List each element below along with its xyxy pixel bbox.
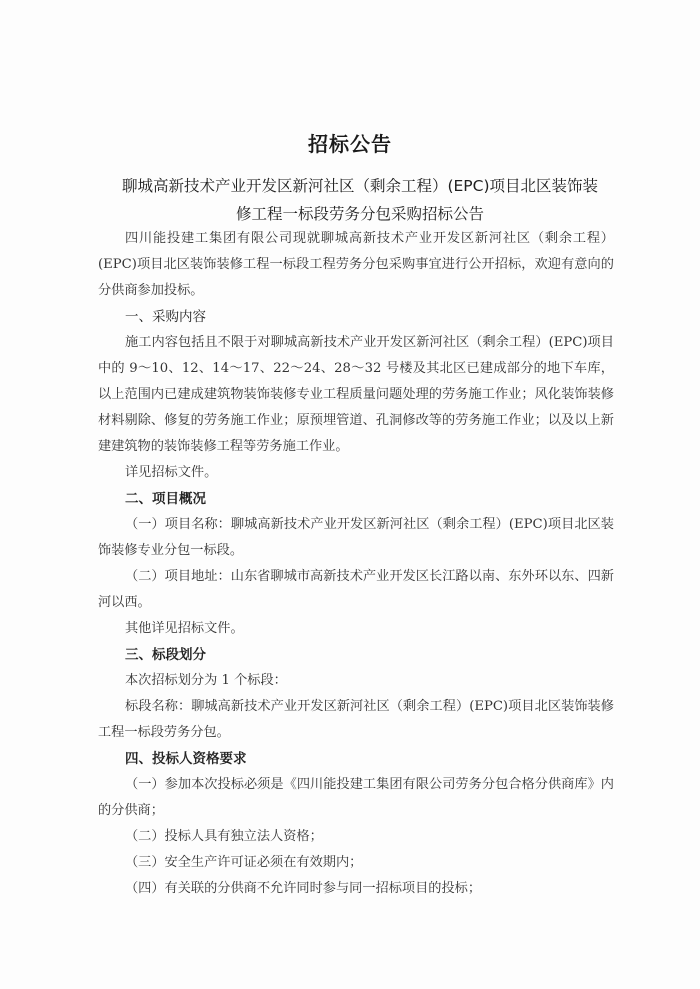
section-heading: 三、标段划分 <box>98 642 614 668</box>
section-project-overview: 二、项目概况 （一）项目名称：聊城高新技术产业开发区新河社区（剩余工程）(EPC… <box>98 486 614 642</box>
section-paragraph: 本次招标划分为 1 个标段： <box>98 668 614 694</box>
section-paragraph: 详见招标文件。 <box>98 460 614 486</box>
section-heading: 四、投标人资格要求 <box>98 746 614 772</box>
section-lot-division: 三、标段划分 本次招标划分为 1 个标段： 标段名称：聊城高新技术产业开发区新河… <box>98 642 614 746</box>
section-paragraph: （一）项目名称：聊城高新技术产业开发区新河社区（剩余工程）(EPC)项目北区装饰… <box>98 512 614 564</box>
section-paragraph: 施工内容包括且不限于对聊城高新技术产业开发区新河社区（剩余工程）(EPC)项目中… <box>98 330 614 460</box>
section-paragraph: （四）有关联的分供商不允许同时参与同一招标项目的投标； <box>98 876 614 902</box>
section-procurement-content: 一、采购内容 施工内容包括且不限于对聊城高新技术产业开发区新河社区（剩余工程）(… <box>98 304 614 486</box>
section-paragraph: （二）项目地址：山东省聊城市高新技术产业开发区长江路以南、东外环以东、四新河以西… <box>98 564 614 616</box>
section-bidder-qualifications: 四、投标人资格要求 （一）参加本次投标必须是《四川能投建工集团有限公司劳务分包合… <box>98 746 614 902</box>
section-heading: 一、采购内容 <box>98 304 614 330</box>
section-paragraph: （二）投标人具有独立法人资格； <box>98 824 614 850</box>
section-paragraph: （一）参加本次投标必须是《四川能投建工集团有限公司劳务分包合格分供商库》内的分供… <box>98 772 614 824</box>
document-subtitle-line-1: 聊城高新技术产业开发区新河社区（剩余工程）(EPC)项目北区装饰装 <box>100 172 620 200</box>
section-paragraph: （三）安全生产许可证必须在有效期内； <box>98 850 614 876</box>
document-page: 招标公告 聊城高新技术产业开发区新河社区（剩余工程）(EPC)项目北区装饰装 修… <box>0 0 700 989</box>
document-body: 四川能投建工集团有限公司现就聊城高新技术产业开发区新河社区（剩余工程）(EPC)… <box>98 226 614 902</box>
document-subtitle-line-2: 修工程一标段劳务分包采购招标公告 <box>100 200 620 228</box>
section-paragraph: 标段名称：聊城高新技术产业开发区新河社区（剩余工程）(EPC)项目北区装饰装修工… <box>98 694 614 746</box>
section-paragraph: 其他详见招标文件。 <box>98 616 614 642</box>
document-title: 招标公告 <box>0 128 700 157</box>
section-heading: 二、项目概况 <box>98 486 614 512</box>
intro-paragraph: 四川能投建工集团有限公司现就聊城高新技术产业开发区新河社区（剩余工程）(EPC)… <box>98 226 614 304</box>
